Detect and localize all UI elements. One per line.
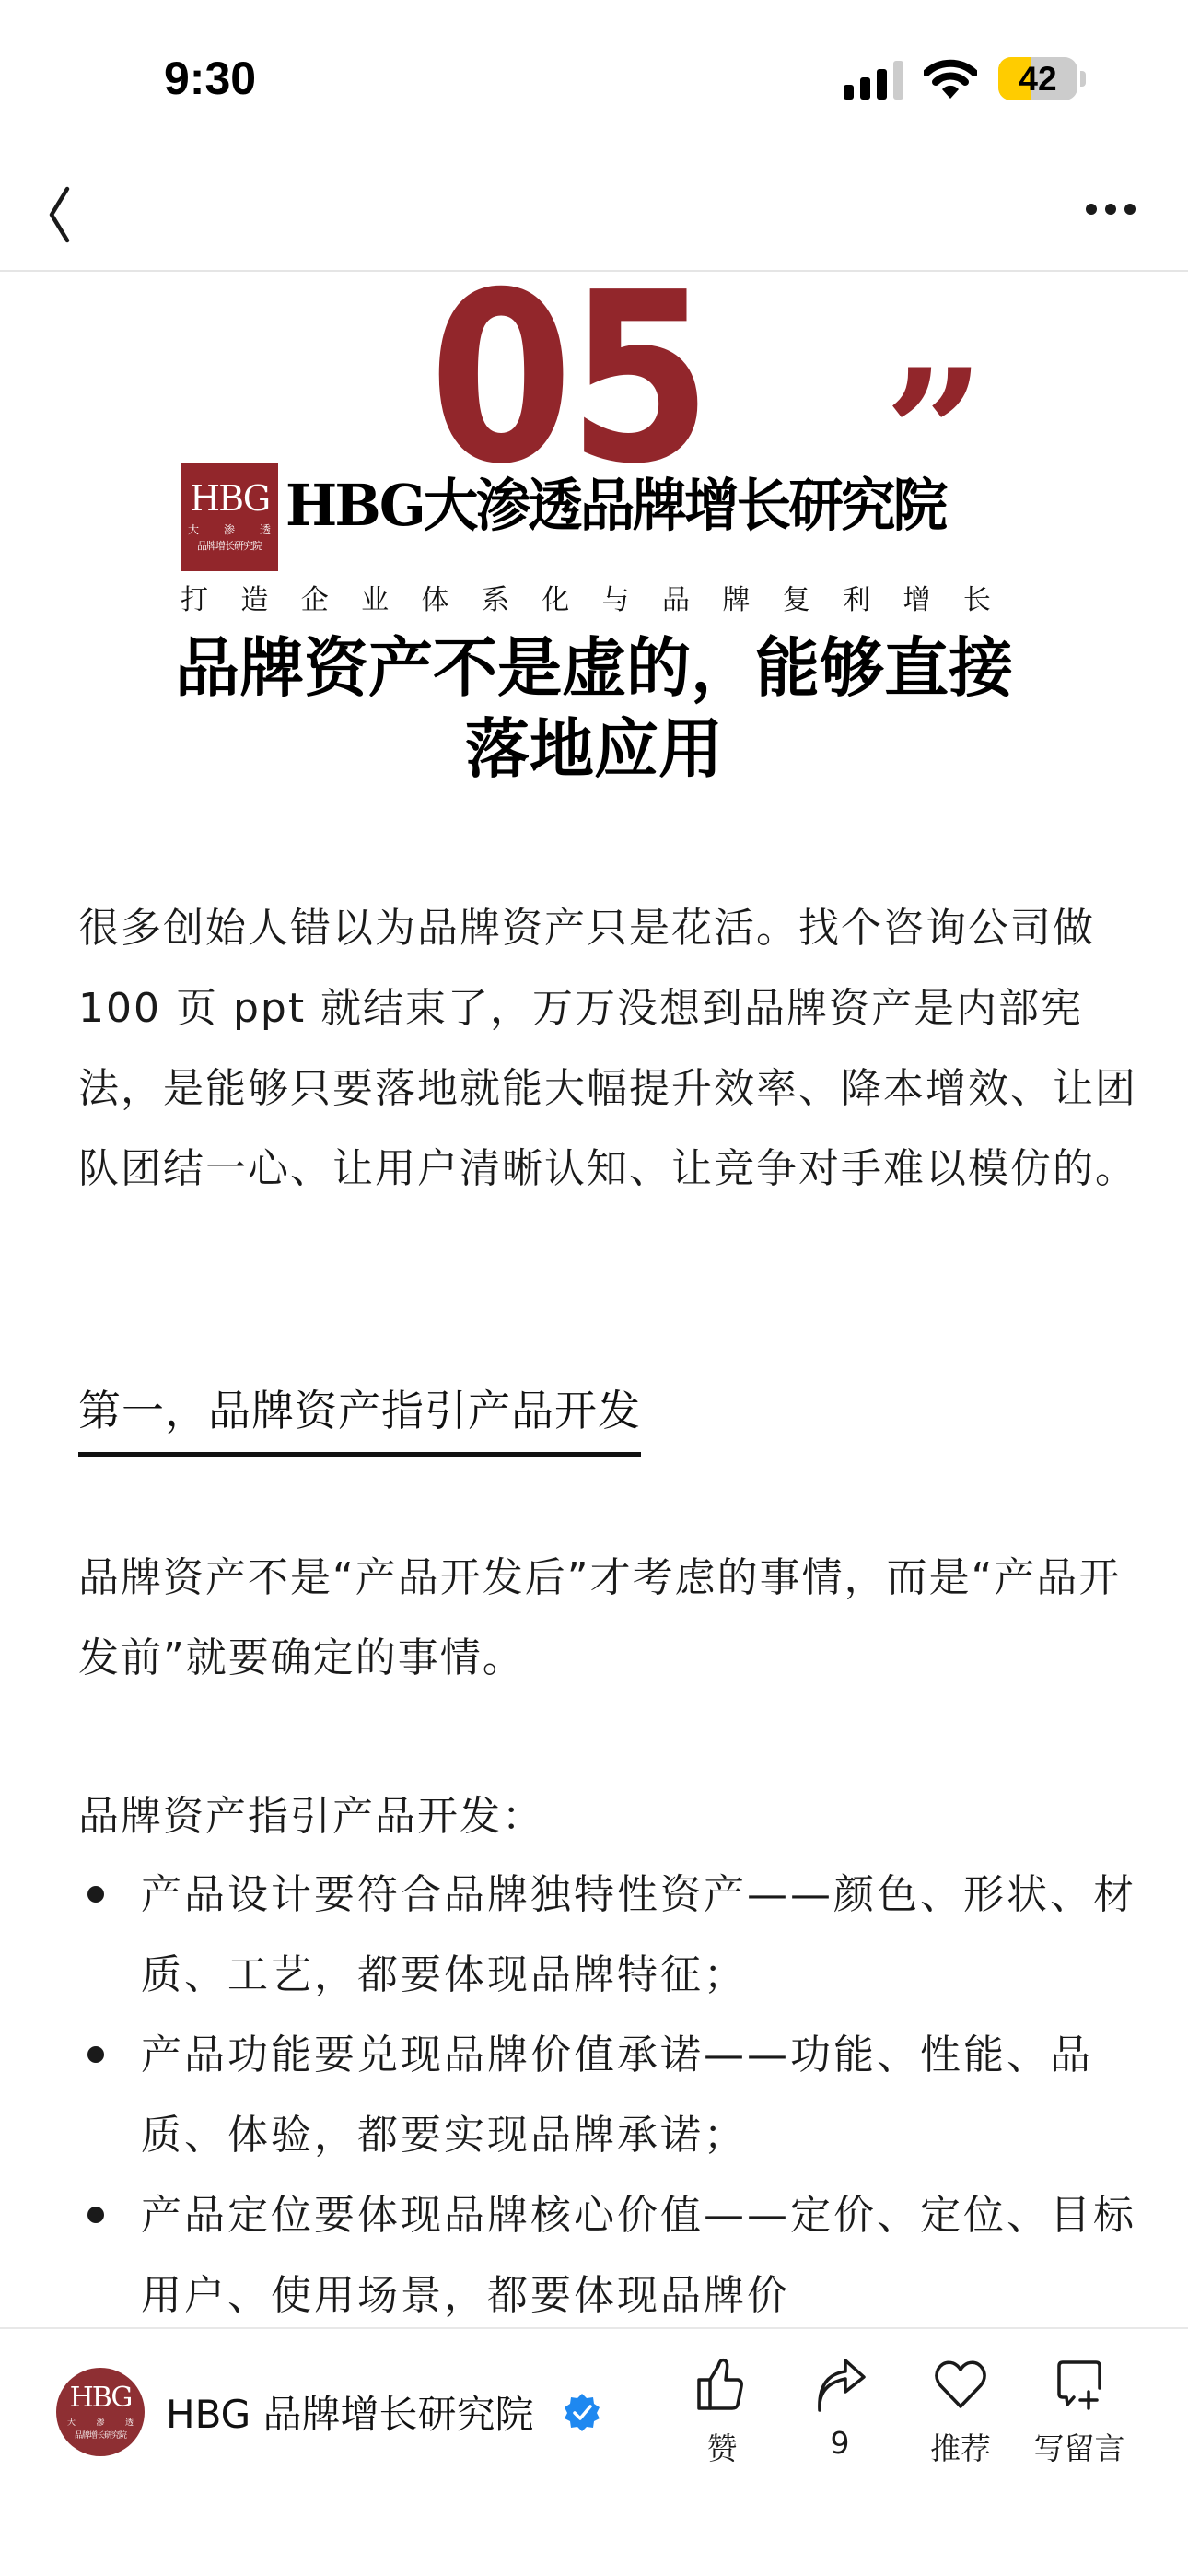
battery-icon: 42: [998, 57, 1077, 100]
brand-logo-sub1: 大 渗 透: [188, 521, 271, 537]
avatar-sub1: 大 渗 透: [67, 2416, 134, 2428]
avatar-logo-text: HBG: [56, 2384, 145, 2412]
slogan-char: 体: [422, 577, 449, 617]
logo-char: 渗: [224, 521, 235, 537]
avatar-char: 大: [67, 2416, 76, 2428]
wifi-icon: [924, 58, 977, 100]
intro-paragraph: 很多创始人错以为品牌资产只是花活。找个咨询公司做 100 页 ppt 就结束了，…: [78, 888, 1137, 1209]
slogan-char: 增: [903, 577, 931, 617]
slogan-char: 化: [542, 577, 569, 617]
avatar-char: 透: [125, 2416, 134, 2428]
share-count: 9: [785, 2425, 895, 2461]
account-avatar[interactable]: HBG 大 渗 透 品牌增长研究院: [56, 2368, 145, 2456]
heart-icon: [933, 2357, 988, 2412]
list-item: 产品功能要兑现品牌价值承诺——功能、性能、品质、体验，都要实现品牌承诺；: [78, 2015, 1137, 2175]
slogan-char: 打: [181, 577, 208, 617]
ellipsis-icon: [1077, 184, 1151, 230]
bullet-list: 产品设计要符合品牌独特性资产——颜色、形状、材质、工艺，都要体现品牌特征； 产品…: [78, 1855, 1137, 2327]
battery-percent: 42: [998, 60, 1077, 99]
comment-add-icon: [1052, 2357, 1107, 2412]
slogan-char: 利: [843, 577, 870, 617]
brand-logo-text: HBG: [181, 481, 278, 516]
brand-slogan: 打 造 企 业 体 系 化 与 品 牌 复 利 增 长: [181, 577, 991, 617]
logo-char: 透: [260, 521, 271, 537]
slogan-char: 与: [602, 577, 630, 617]
status-bar: 9:30 42: [0, 0, 1188, 157]
brand-banner: HBG 大 渗 透 品牌增长研究院 HBG大渗透品牌增长研究院: [181, 463, 991, 571]
headline-line-2: 落地应用: [92, 708, 1096, 790]
back-button[interactable]: [37, 180, 92, 244]
recommend-button[interactable]: 推荐: [905, 2357, 1016, 2476]
slogan-char: 复: [783, 577, 810, 617]
brand-name: HBG大渗透品牌增长研究院: [285, 477, 945, 534]
battery-cap: [1080, 71, 1086, 87]
article-body[interactable]: 05 ” HBG 大 渗 透 品牌增长研究院 HBG大渗透品牌增长研究院 打 造…: [0, 273, 1188, 2327]
section-paragraph: 品牌资产不是“产品开发后”才考虑的事情，而是“产品开发前”就要确定的事情。: [78, 1538, 1137, 1698]
slogan-char: 牌: [722, 577, 750, 617]
article-headline: 品牌资产不是虚的，能够直接 落地应用: [92, 627, 1096, 790]
slogan-char: 业: [361, 577, 389, 617]
like-button[interactable]: 赞: [667, 2357, 777, 2476]
like-label: 赞: [667, 2425, 777, 2468]
brand-logo-sub2: 品牌增长研究院: [184, 538, 274, 553]
list-item: 产品定位要体现品牌核心价值——定价、定位、目标用户、使用场景，都要体现品牌价: [78, 2175, 1137, 2327]
status-time: 9:30: [164, 52, 256, 105]
thumbs-up-icon: [694, 2357, 750, 2412]
brand-logo: HBG 大 渗 透 品牌增长研究院: [181, 463, 278, 571]
nav-bar: [0, 157, 1188, 272]
account-name[interactable]: HBG 品牌增长研究院: [166, 2384, 534, 2440]
write-comment-button[interactable]: 写留言: [1024, 2357, 1135, 2476]
headline-line-1: 品牌资产不是虚的，能够直接: [92, 627, 1096, 708]
avatar-sub2: 品牌增长研究院: [58, 2429, 143, 2441]
write-comment-label: 写留言: [1024, 2425, 1135, 2468]
share-button[interactable]: 9: [785, 2357, 895, 2476]
avatar-char: 渗: [96, 2416, 104, 2428]
chevron-left-icon: [37, 180, 92, 244]
bottom-action-bar: HBG 大 渗 透 品牌增长研究院 HBG 品牌增长研究院 赞 9 推荐: [0, 2327, 1188, 2576]
cellular-signal-icon: [844, 61, 904, 100]
slogan-char: 企: [301, 577, 329, 617]
logo-char: 大: [188, 521, 199, 537]
recommend-label: 推荐: [905, 2425, 1016, 2468]
slogan-char: 系: [482, 577, 509, 617]
list-item: 产品设计要符合品牌独特性资产——颜色、形状、材质、工艺，都要体现品牌特征；: [78, 1855, 1137, 2015]
slogan-char: 长: [963, 577, 991, 617]
list-intro: 品牌资产指引产品开发：: [78, 1776, 1137, 1856]
more-options-button[interactable]: [1077, 184, 1151, 230]
slogan-char: 造: [240, 577, 268, 617]
share-arrow-icon: [812, 2357, 868, 2412]
section-heading: 第一，品牌资产指引产品开发: [78, 1369, 641, 1457]
slogan-char: 品: [662, 577, 690, 617]
verified-badge-icon: [562, 2392, 602, 2432]
